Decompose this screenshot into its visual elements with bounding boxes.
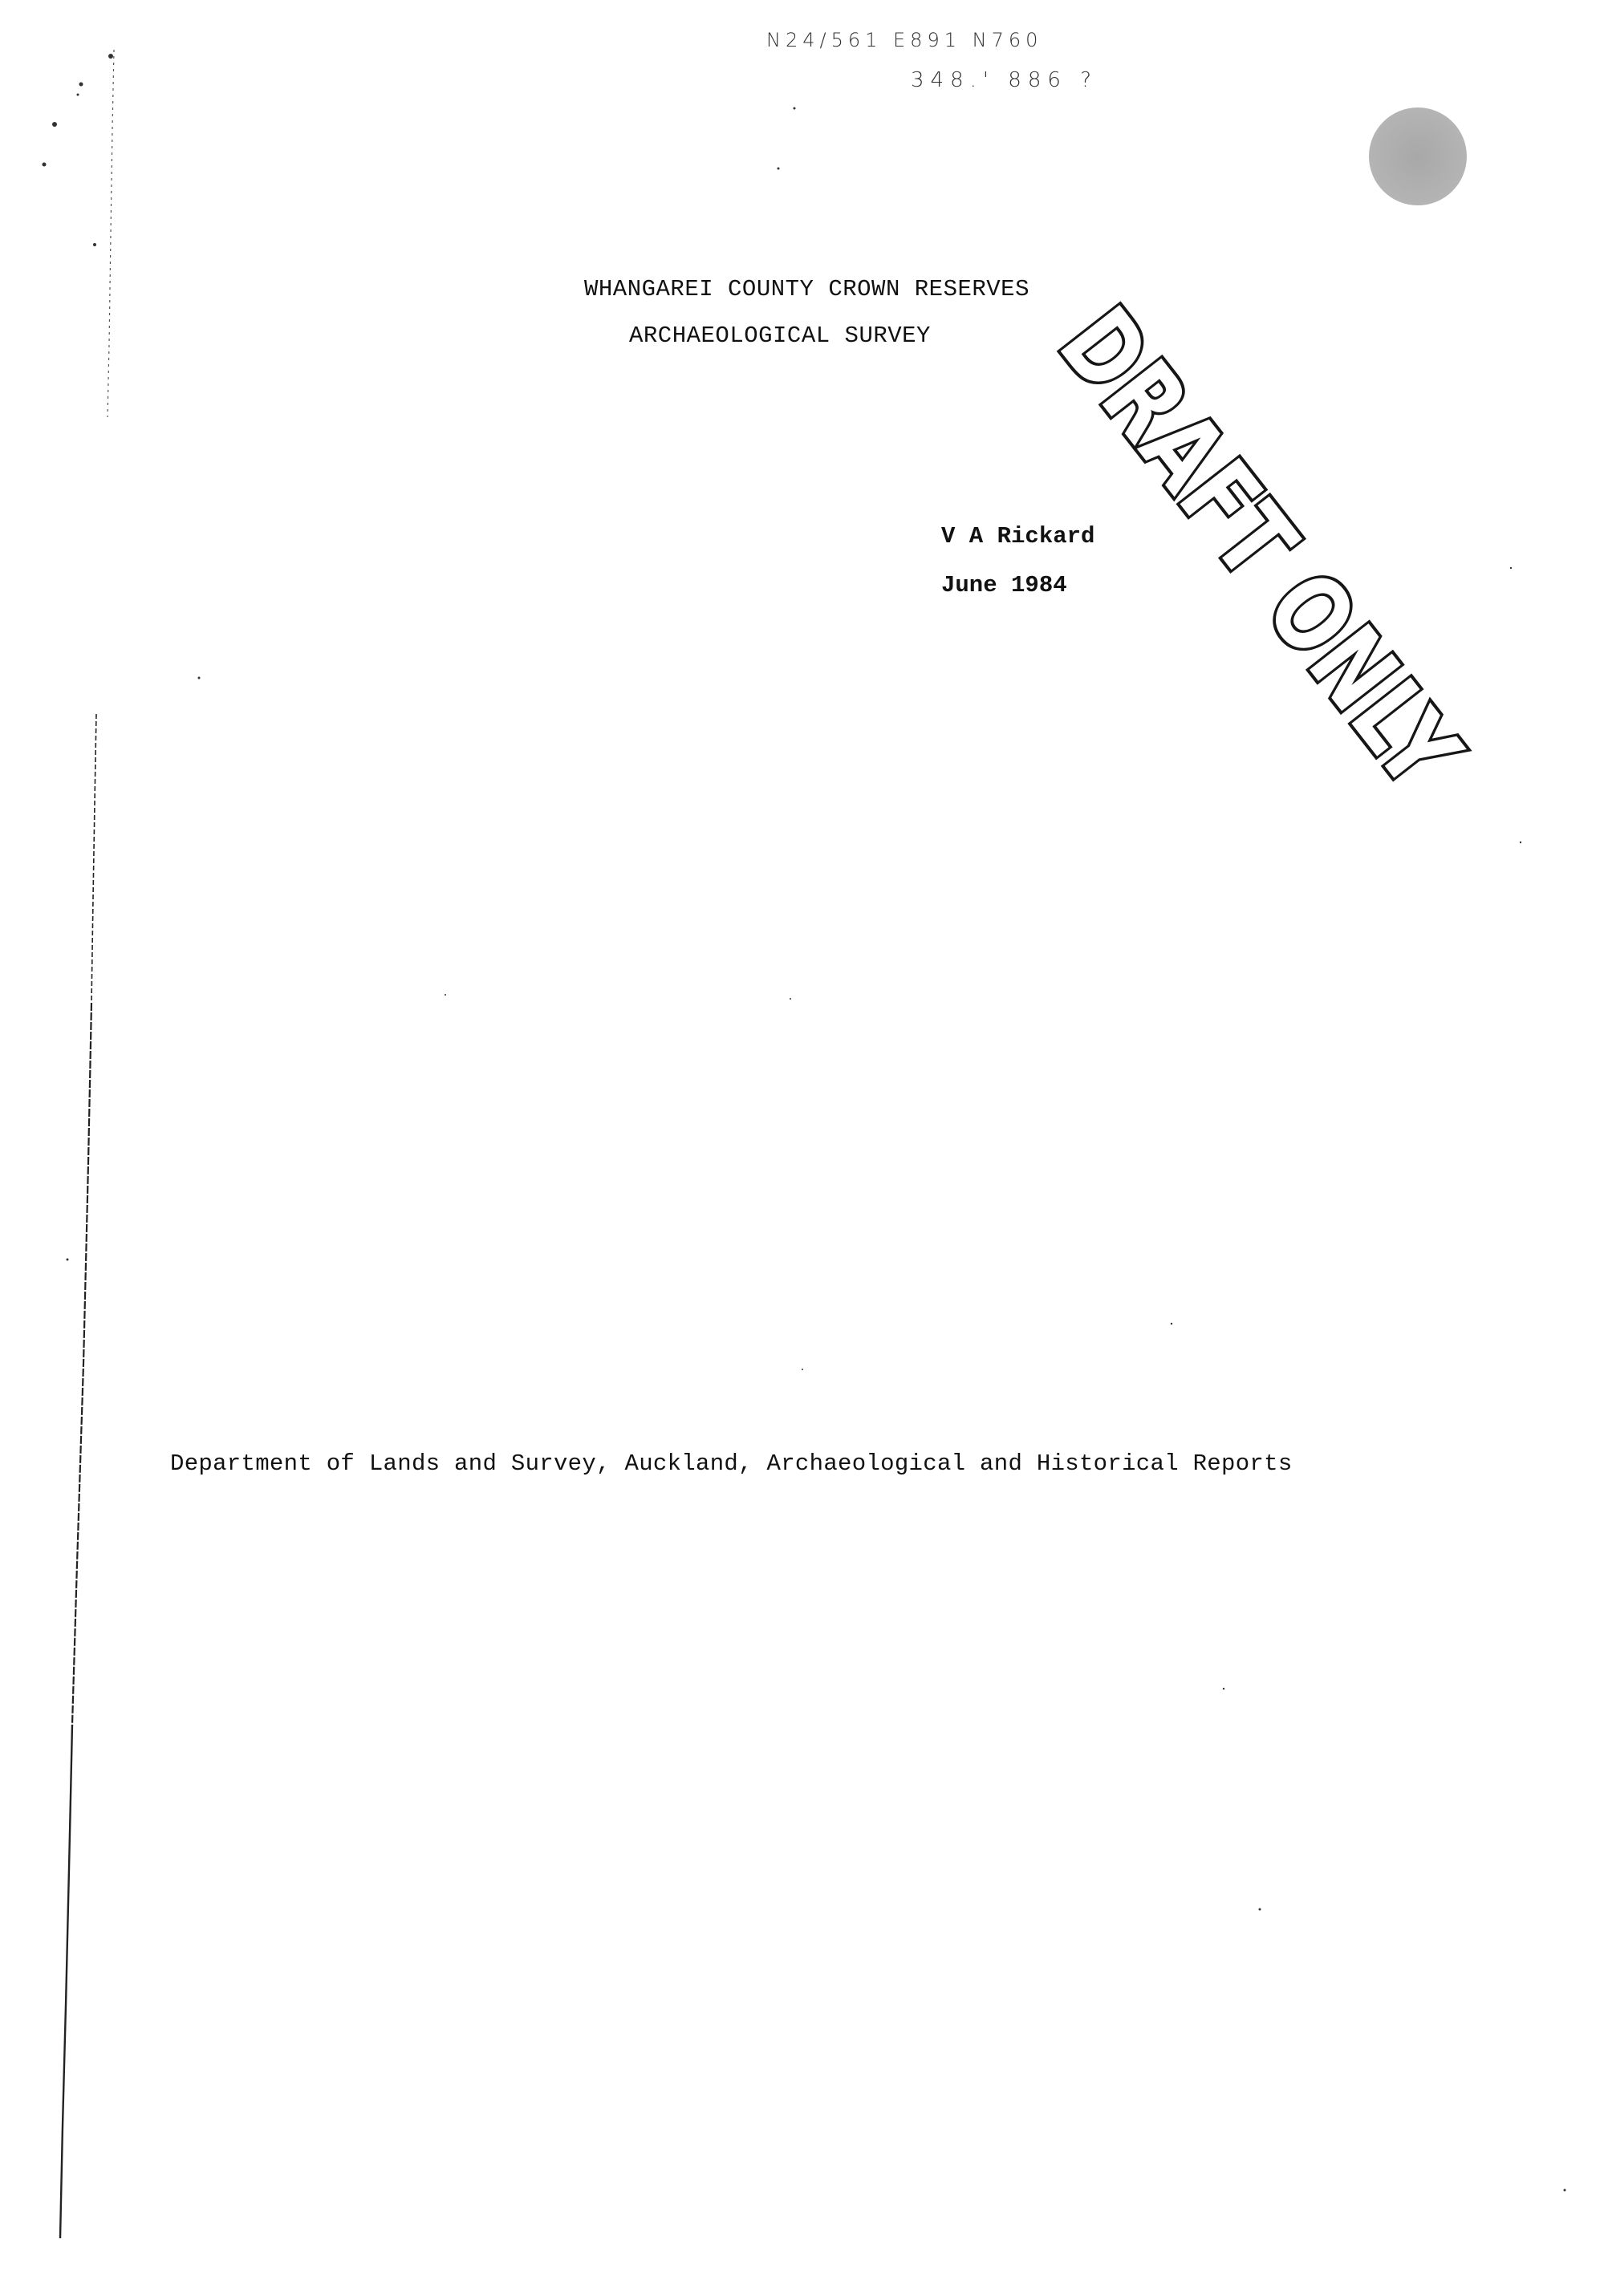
draft-only-stamp: DRAFT ONLY [1059,104,1604,554]
stamp-text: DRAFT ONLY [1043,293,1476,806]
document-page: N24/561 E891 N760 348.' 886 ? DRAFT ONLY… [0,0,1604,2296]
report-date: June 1984 [941,572,1067,598]
report-title: WHANGAREI COUNTY CROWN RESERVES [584,276,1029,302]
handwritten-grid-reference: N24/561 E891 N760 [766,29,1042,51]
handwritten-site-number: 348.' 886 ? [911,68,1098,92]
report-subtitle: ARCHAEOLOGICAL SURVEY [629,322,931,349]
report-series: Department of Lands and Survey, Auckland… [170,1450,1293,1477]
author-name: V A Rickard [941,523,1094,550]
